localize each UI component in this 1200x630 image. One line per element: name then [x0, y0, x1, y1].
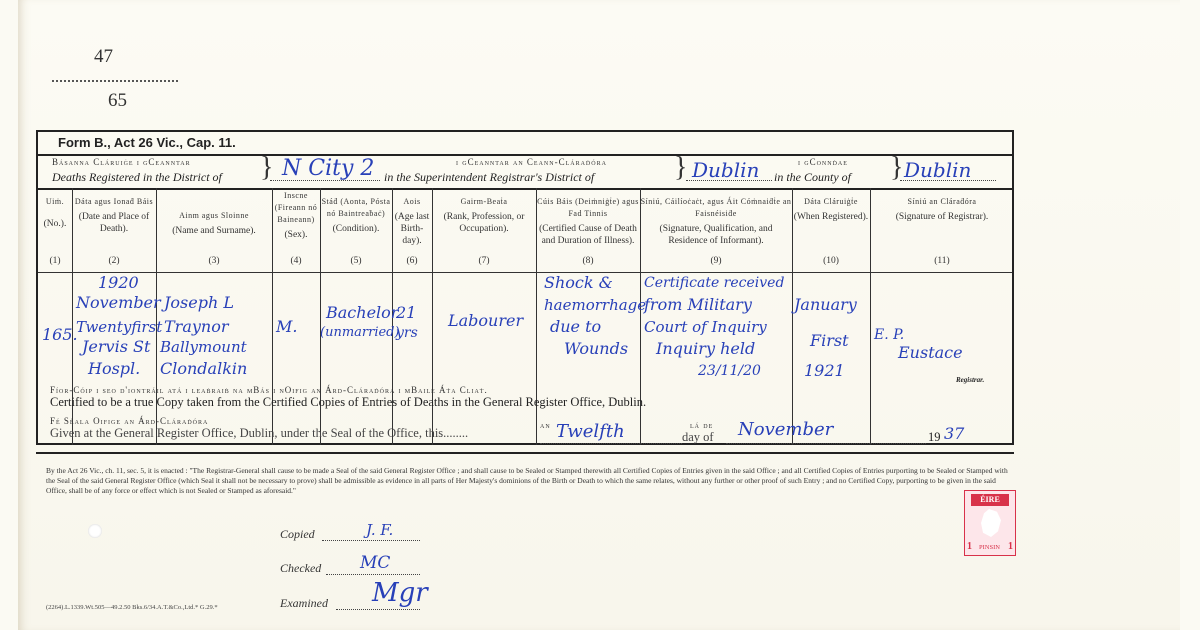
- registrar-signature: Eustace: [898, 342, 963, 364]
- sup-district-irish-label: i gCeanntar an Ceann-Cláraḋóra: [456, 157, 607, 167]
- county-value: Dublin: [904, 158, 971, 182]
- legal-small-print: By the Act 26 Vic., ch. 11, sec. 5, it i…: [46, 466, 1016, 496]
- stamp-country: ÉIRE: [971, 494, 1009, 506]
- examined-label: Examined: [280, 596, 328, 611]
- postage-stamp: ÉIRE 1 PINSIN 1: [964, 490, 1016, 556]
- district-irish-label: Básanna Cláruiġe i gCeanntar: [52, 157, 191, 167]
- page-number-top: 47: [94, 46, 113, 68]
- registrar-label: Registrar.: [956, 376, 984, 384]
- cert-month-value: November: [738, 419, 833, 440]
- entry-number: 165.: [42, 324, 78, 346]
- district-value: N City 2: [282, 156, 374, 181]
- district-row: Básanna Cláruiġe i gCeanntar Deaths Regi…: [38, 154, 1012, 190]
- page-number-divider: [52, 80, 178, 82]
- form-title: Form B., Act 26 Vic., Cap. 11.: [38, 132, 1012, 156]
- district-label: Deaths Registered in the District of: [52, 170, 222, 185]
- copied-label: Copied: [280, 527, 315, 542]
- sup-district-value: Dublin: [692, 158, 759, 182]
- county-irish-label: i gConnḋae: [798, 157, 848, 167]
- printer-code: (2264).L.1339.Wt.505—49.2.50 Bks.6/34.A.…: [46, 604, 218, 611]
- copied-initials: J. F.: [366, 521, 393, 539]
- examined-initials: Mgr: [372, 578, 428, 608]
- entry-sex: M.: [276, 316, 297, 338]
- page-number-bottom: 65: [108, 90, 127, 112]
- checked-initials: MC: [360, 553, 390, 573]
- cert-year-value: 37: [944, 424, 964, 443]
- cert-day-value: Twelfth: [556, 421, 625, 442]
- checked-label: Checked: [280, 561, 321, 576]
- county-label: in the County of: [774, 170, 851, 185]
- sup-district-label: in the Superintendent Registrar's Distri…: [384, 170, 594, 185]
- ireland-map-icon: [981, 509, 1001, 537]
- entry-occupation: Labourer: [448, 310, 523, 332]
- punch-hole: [88, 524, 102, 538]
- col-header-registrar: Síniú an Cláraḋóra (Signature of Registr…: [870, 188, 1014, 272]
- cert-irish-line1: Fíor-Cóip i seo d'iontráil atá i leaḃrai…: [50, 385, 646, 395]
- cert-line1: Certified to be a true Copy taken from t…: [50, 395, 646, 410]
